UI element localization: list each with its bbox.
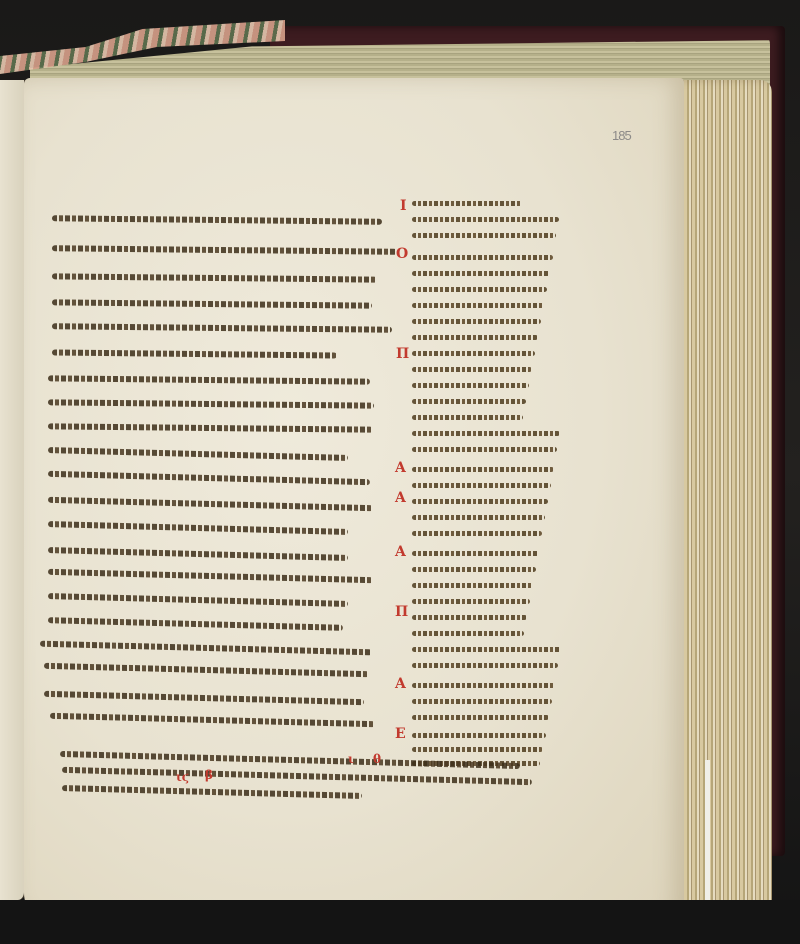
scholia-line [412,266,550,280]
scholia-line [412,494,548,508]
rubric-initial: Ε [395,726,406,742]
scholia-line [412,526,542,540]
rubric-initial: Α [395,544,406,560]
scholia-line [412,510,545,524]
scholia-line [412,626,524,640]
scholia-line [412,478,551,492]
rubric-numeral: θ [373,752,381,766]
scholia-line [412,298,544,312]
rubric-initial: Ο [396,246,408,262]
rubric-initial: Α [395,676,406,692]
scholia-line [412,578,533,592]
manuscript-line [52,345,337,362]
facing-verso-page [0,80,26,900]
scholia-line [412,426,560,440]
scholia-line [412,658,558,672]
rubric-initial: Α [395,490,406,506]
scholia-line [412,610,527,624]
folio-number: 185 [612,128,631,143]
scholia-line [412,742,543,756]
scholia-line [412,678,555,692]
scholia-line [412,546,539,560]
scholia-line [412,346,535,360]
scholia-line [412,594,530,608]
rubric-initial: Α [395,460,406,476]
scholia-line [412,378,529,392]
scholia-line [412,694,552,708]
scholia-line [412,282,547,296]
scholia-line [412,228,556,242]
rubric-numeral: β [205,768,213,782]
inserted-slip [705,760,710,910]
rubric-numeral: ιϛ [176,770,189,784]
scholia-line [412,710,549,724]
scholia-line [412,562,536,576]
scholia-line [412,410,523,424]
bottom-shadow [0,900,800,944]
scholia-line [412,394,526,408]
rubric-initial: Π [395,604,408,620]
scholia-line [412,442,557,456]
rubric-initial: Π [396,346,409,362]
scholia-line [412,330,538,344]
scholia-line [412,196,522,210]
scholia-line [412,728,546,742]
scholia-line [412,250,553,264]
rubric-initial: Ι [400,198,407,214]
scholia-line [412,642,561,656]
scholia-line [412,314,541,328]
manuscript-photo: 185 ΙΟΠΑΑΑΠΑΕ ιϛβιθ [0,0,800,944]
rubric-numeral: ι [348,752,354,766]
scholia-line [412,362,532,376]
scholia-line [412,462,554,476]
scholia-line [412,212,559,226]
